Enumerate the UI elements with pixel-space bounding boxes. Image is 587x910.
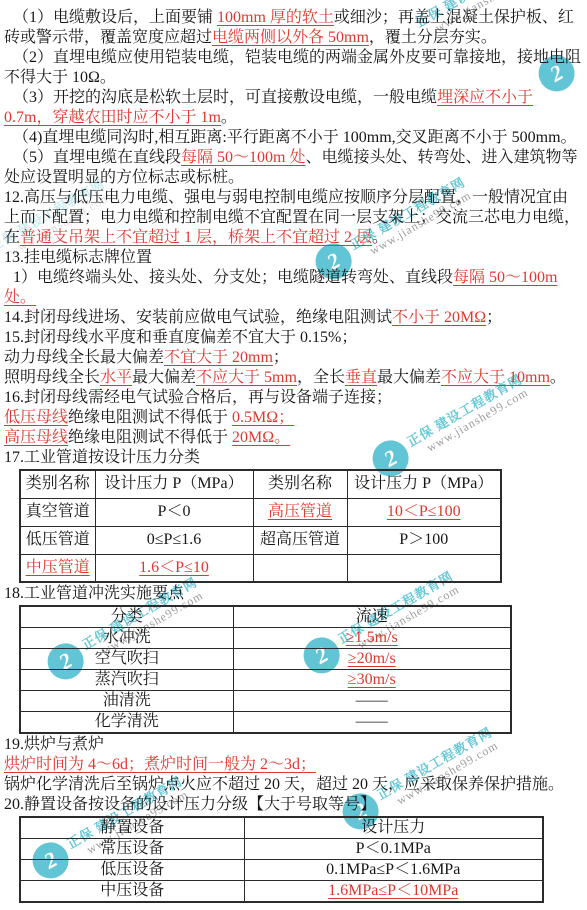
table-row: 类别名称 设计压力 P（MPa） 类别名称 设计压力 P（MPa） [20, 470, 501, 498]
text-segment: 。 [372, 229, 388, 246]
text-segment: ； [273, 349, 289, 366]
paragraph-armored-cable: （2）直埋电缆应使用铠装电缆，铠装电缆的两端金属外皮要可靠接地，接地电阻不得大于… [4, 48, 581, 88]
table-row: 蒸汽吹扫 ≥30m/s [20, 670, 511, 691]
paragraph-item-12: 12.高压与低压电力电缆、强电与弱电控制电缆应按顺序分层配置，一般情况宜由上而下… [4, 188, 581, 248]
red-underline-text: 烘炉时间为 4～6d；煮炉时间一般为 2～3d； [4, 756, 316, 773]
text-segment: ，全长 [297, 369, 345, 386]
table-cell: —— [233, 691, 511, 712]
equipment-pressure-table: 静置设备 设计压力 常压设备 P＜0.1MPa 低压设备 0.1MPa≤P＜1.… [19, 816, 544, 903]
table-cell: P＜0.1MPa [244, 839, 543, 860]
text-segment: 锅炉化学清洗后至锅炉点火应不超过 20 天，超过 20 天，应采取保养保护措施。 [4, 776, 564, 793]
text-segment: 17.工业管道按设计压力分类 [4, 449, 200, 466]
red-underline-text: 水平 [100, 369, 132, 386]
red-underline-text: 20MΩ。 [232, 429, 290, 446]
table-row: 分类 流速 [20, 606, 511, 628]
red-underline-text: 电缆两侧以外各 50mm [212, 29, 369, 46]
text-segment: （5）直埋电缆在直线段 [13, 149, 181, 166]
paragraph-item-14: 14.封闭母线进场、安装前应做电气试验，绝缘电阻测试不小于 20MΩ； [4, 308, 581, 328]
red-underline-text: 低压母线 [4, 409, 68, 426]
document-body: （1）电缆敷设后，上面要铺 100mm 厚的软土或细沙；再盖上混凝土保护板、红砖… [0, 0, 587, 903]
table-cell: 中压设备 [20, 881, 244, 903]
table-header-cell: 静置设备 [20, 817, 244, 839]
red-underline-text: 普通支吊架上不宜超过 1 层，桥架上不宜超过 2 层 [20, 229, 372, 246]
table-row: 低压管道 0≤P≤1.6 超高压管道 P＞100 [20, 526, 501, 554]
section-title-17: 17.工业管道按设计压力分类 [4, 448, 581, 468]
text-segment: 。 [550, 369, 566, 386]
table-cell: 10＜P≤100 [347, 498, 501, 526]
table-header-cell: 设计压力 P（MPa） [95, 470, 253, 498]
table-cell: P＜0 [95, 498, 253, 526]
paragraph-hv-busbar: 高压母线绝缘电阻测试不得低于 20MΩ。 [4, 428, 581, 448]
table-header-cell: 流速 [233, 606, 511, 628]
table-header-cell: 类别名称 [20, 470, 95, 498]
text-segment: 19.烘炉与煮炉 [4, 736, 104, 753]
table-cell: 0.1MPa≤P＜1.6MPa [244, 860, 543, 881]
table-cell: 1.6＜P≤10 [95, 554, 253, 582]
table-row: 水冲洗 ≥1.5m/s [20, 628, 511, 649]
text-segment: 动力母线全长最大偏差 [4, 349, 164, 366]
table-cell: —— [233, 712, 511, 734]
table-cell: 常压设备 [20, 839, 244, 860]
table-header-cell: 类别名称 [253, 470, 347, 498]
table-cell: P＞100 [347, 526, 501, 554]
red-underline-text: 0.5MΩ； [232, 409, 294, 426]
paragraph-cable-markers: （5）直埋电缆在直线段每隔 50～100m 处、电缆接头处、转弯处、进入建筑物等… [4, 148, 581, 188]
table-cell: 0≤P≤1.6 [95, 526, 253, 554]
red-underline-text: 垂直 [345, 369, 377, 386]
text-segment: （1）电缆敷设后，上面要铺 [13, 9, 217, 26]
table-cell: 油清洗 [20, 691, 233, 712]
paragraph-sign-positions: 1）电缆终端头处、接头处、分支处；电缆隧道转弯处、直线段每隔 50～100m 处… [4, 268, 581, 308]
red-underline-text: 每隔 50～100m 处 [181, 149, 305, 166]
paragraph-item-15: 15.封闭母线水平度和垂直度偏差不宜大于 0.15%； [4, 328, 581, 348]
pipe-pressure-table: 类别名称 设计压力 P（MPa） 类别名称 设计压力 P（MPa） 真空管道 P… [19, 469, 502, 583]
text-segment: （3）开挖的沟底是松软土层时，可直接敷设电缆，一般电缆 [13, 89, 437, 106]
text-segment: 1）电缆终端头处、接头处、分支处；电缆隧道转弯处、直线段 [13, 269, 453, 286]
section-title-20: 20.静置设备按设备的设计压力分级【大于号取等号】 [4, 795, 581, 815]
text-segment: 最大偏差 [132, 369, 196, 386]
red-underline-text: 不小于 20MΩ [392, 309, 486, 326]
text-segment: 照明母线全长 [4, 369, 100, 386]
red-underline-text: 100mm 厚的软土 [217, 9, 334, 26]
table-cell: 低压管道 [20, 526, 95, 554]
document-page: 2正保 建设工程教育网www.jianshe99.com 2正保 建设工程教育网… [0, 0, 587, 910]
table-cell: 中压管道 [20, 554, 95, 582]
section-title-19: 19.烘炉与煮炉 [4, 735, 581, 755]
red-underline-text: 不应大于 5mm [196, 369, 297, 386]
text-segment: 绝缘电阻测试不得低于 [68, 429, 232, 446]
table-cell: 化学清洗 [20, 712, 233, 734]
paragraph-item-13: 13.挂电缆标志牌位置 [4, 248, 581, 268]
paragraph-power-busbar: 动力母线全长最大偏差不宜大于 20mm； [4, 348, 581, 368]
text-segment: ，覆土分层夯实。 [369, 29, 497, 46]
paragraph-cable-cover: （1）电缆敷设后，上面要铺 100mm 厚的软土或细沙；再盖上混凝土保护板、红砖… [4, 8, 581, 48]
table-cell: 真空管道 [20, 498, 95, 526]
paragraph-furnace-time: 烘炉时间为 4～6d；煮炉时间一般为 2～3d； [4, 755, 581, 775]
table-cell: ≥1.5m/s [233, 628, 511, 649]
text-segment: 15.封闭母线水平度和垂直度偏差不宜大于 0.15%； [4, 329, 357, 346]
paragraph-lighting-busbar: 照明母线全长水平最大偏差不应大于 5mm，全长垂直最大偏差不应大于 10mm。 [4, 368, 581, 388]
table-cell: 1.6MPa≤P＜10MPa [244, 881, 543, 903]
text-segment: 14.封闭母线进场、安装前应做电气试验，绝缘电阻测试 [4, 309, 392, 326]
table-cell: ≥30m/s [233, 670, 511, 691]
red-underline-text: 不应大于 10mm [441, 369, 550, 386]
text-segment: ； [486, 309, 502, 326]
table-row: 中压设备 1.6MPa≤P＜10MPa [20, 881, 543, 903]
text-segment: （2）直埋电缆应使用铠装电缆，铠装电缆的两端金属外皮要可靠接地，接地电阻不得大于… [4, 49, 581, 86]
table-row: 真空管道 P＜0 高压管道 10＜P≤100 [20, 498, 501, 526]
text-segment: （4)直埋电缆同沟时,相互距离:平行距离不小于 100mm,交叉距离不小于 50… [13, 129, 577, 146]
table-row: 静置设备 设计压力 [20, 817, 543, 839]
table-cell: 高压管道 [253, 498, 347, 526]
table-cell [253, 554, 347, 582]
table-cell: 低压设备 [20, 860, 244, 881]
section-title-18: 18.工业管道冲洗实施要点 [4, 584, 581, 604]
table-cell: 水冲洗 [20, 628, 233, 649]
red-underline-text: 不宜大于 20mm [164, 349, 273, 366]
text-segment: 13.挂电缆标志牌位置 [4, 249, 152, 266]
table-cell: ≥20m/s [233, 649, 511, 670]
text-segment: 20.静置设备按设备的设计压力分级【大于号取等号】 [4, 796, 376, 813]
text-segment: 16.封闭母线需经电气试验合格后，再与设备端子连接； [4, 389, 392, 406]
table-row: 化学清洗 —— [20, 712, 511, 734]
paragraph-item-16: 16.封闭母线需经电气试验合格后，再与设备端子连接； [4, 388, 581, 408]
table-row: 油清洗 —— [20, 691, 511, 712]
table-row: 中压管道 1.6＜P≤10 [20, 554, 501, 582]
paragraph-boiler-cleaning: 锅炉化学清洗后至锅炉点火应不超过 20 天，超过 20 天，应采取保养保护措施。 [4, 775, 581, 795]
table-cell [347, 554, 501, 582]
table-cell: 超高压管道 [253, 526, 347, 554]
paragraph-lv-busbar: 低压母线绝缘电阻测试不得低于 0.5MΩ； [4, 408, 581, 428]
table-header-cell: 设计压力 P（MPa） [347, 470, 501, 498]
table-row: 低压设备 0.1MPa≤P＜1.6MPa [20, 860, 543, 881]
table-header-cell: 设计压力 [244, 817, 543, 839]
text-segment: 。 [221, 109, 237, 126]
text-segment: 绝缘电阻测试不得低于 [68, 409, 232, 426]
table-row: 常压设备 P＜0.1MPa [20, 839, 543, 860]
paragraph-cable-spacing: （4)直埋电缆同沟时,相互距离:平行距离不小于 100mm,交叉距离不小于 50… [4, 128, 581, 148]
table-header-cell: 分类 [20, 606, 233, 628]
table-row: 空气吹扫 ≥20m/s [20, 649, 511, 670]
table-cell: 蒸汽吹扫 [20, 670, 233, 691]
pipe-flush-table: 分类 流速 水冲洗 ≥1.5m/s 空气吹扫 ≥20m/s 蒸汽吹扫 ≥30m/… [19, 605, 512, 734]
table-cell: 空气吹扫 [20, 649, 233, 670]
red-underline-text: 高压母线 [4, 429, 68, 446]
paragraph-burial-depth: （3）开挖的沟底是松软土层时，可直接敷设电缆，一般电缆埋深应不小于 0.7m，穿… [4, 88, 581, 128]
text-segment: 18.工业管道冲洗实施要点 [4, 585, 184, 602]
text-segment: 最大偏差 [377, 369, 441, 386]
